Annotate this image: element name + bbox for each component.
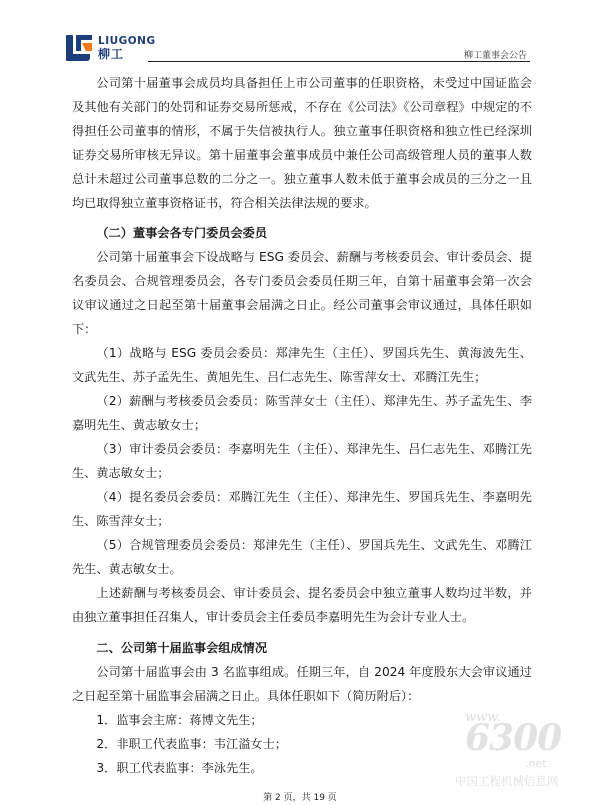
paragraph-independent-directors: 上述薪酬与考核委员会、审计委员会、提名委员会中独立董事人数均过半数，并由独立董事…	[72, 581, 532, 629]
site-watermark: www. 6300 .net 中国工程机械信息网	[455, 705, 575, 795]
logo-english: LIUGONG	[98, 36, 156, 47]
watermark-site-name: 中国工程机械信息网	[455, 773, 559, 789]
header-divider	[148, 61, 530, 62]
watermark-net: .net	[525, 757, 547, 770]
committee-item-nomination: （4）提名委员会委员：邓腾江先生（主任）、郑津先生、罗国兵先生、李嘉明先生、陈雪…	[72, 485, 532, 533]
logo-chinese: 柳工	[98, 48, 156, 60]
page-header: LIUGONG 柳工 柳工董事会公告	[0, 0, 600, 70]
liugong-logo: LIUGONG 柳工	[66, 34, 156, 62]
page-number: 第 2 页，共 19 页	[0, 790, 600, 803]
committee-item-strategy-esg: （1）战略与 ESG 委员会委员：郑津先生（主任）、罗国兵先生、黄海波先生、文武…	[72, 341, 532, 389]
paragraph-supervisory-intro: 公司第十届监事会由 3 名监事组成。任期三年，自 2024 年度股东大会审议通过…	[72, 660, 532, 708]
watermark-number: 6300	[465, 717, 561, 759]
section-heading-committees: （二）董事会各专门委员会委员	[72, 221, 532, 245]
section-heading-supervisory-board: 二、公司第十届监事会组成情况	[72, 636, 532, 660]
committee-item-compliance: （5）合规管理委员会委员：郑津先生（主任）、罗国兵先生、文武先生、邓腾江先生、黄…	[72, 533, 532, 581]
liugong-logo-icon	[66, 35, 92, 61]
committee-item-audit: （3）审计委员会委员：李嘉明先生（主任）、郑津先生、吕仁志先生、邓腾江先生、黄志…	[72, 437, 532, 485]
paragraph-committees-intro: 公司第十届董事会下设战略与 ESG 委员会、薪酬与考核委员会、审计委员会、提名委…	[72, 245, 532, 341]
header-title: 柳工董事会公告	[464, 48, 527, 61]
document-body: 公司第十届董事会成员均具备担任上市公司董事的任职资格，未受过中国证监会及其他有关…	[72, 71, 532, 780]
paragraph-board-qualification: 公司第十届董事会成员均具备担任上市公司董事的任职资格，未受过中国证监会及其他有关…	[72, 71, 532, 215]
committee-item-remuneration: （2）薪酬与考核委员会委员：陈雪萍女士（主任）、郑津先生、苏子孟先生、李嘉明先生…	[72, 389, 532, 437]
